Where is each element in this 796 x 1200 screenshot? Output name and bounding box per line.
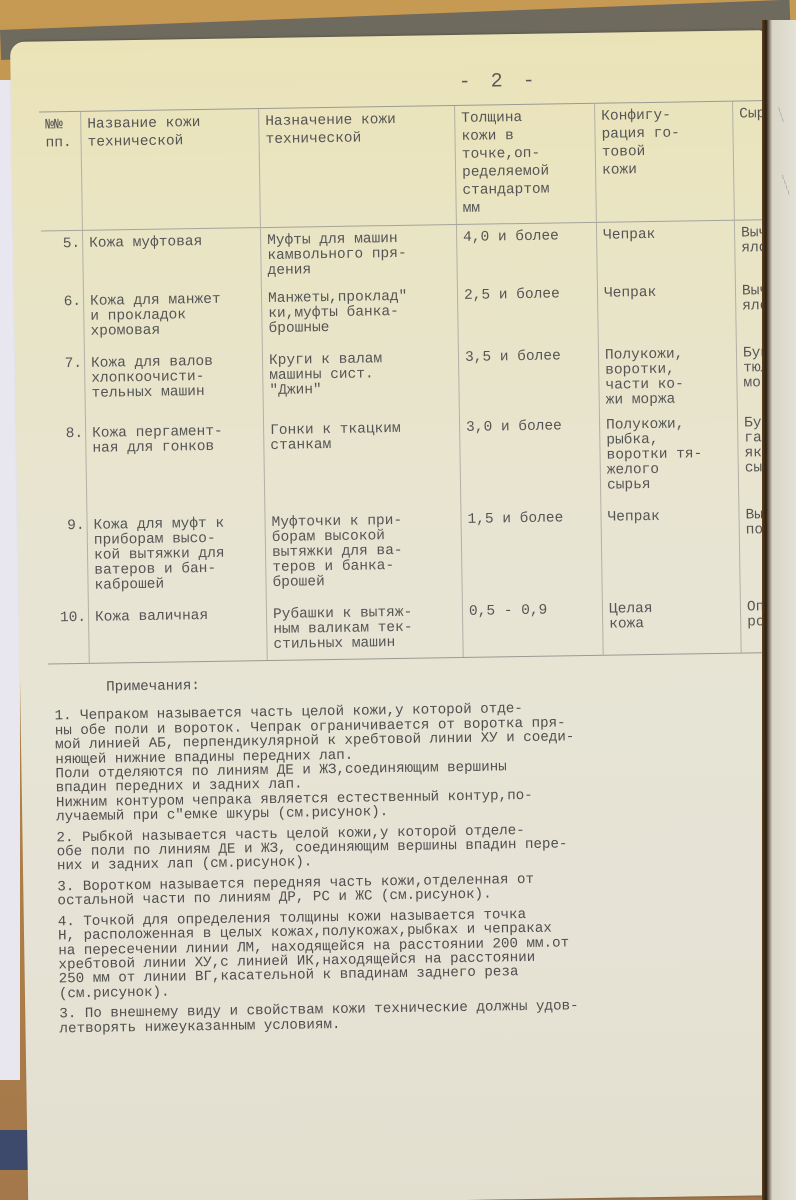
cell-no: 5.	[41, 231, 84, 290]
header-purpose: Назначение кожи технической	[259, 106, 457, 227]
table-body: 5.Кожа муфтоваяМуфты для машин камвольно…	[41, 220, 783, 664]
cell-configuration: Чепрак	[598, 279, 737, 343]
cell-thickness: 4,0 и более	[457, 223, 598, 283]
note-paragraph: 4. Точкой для определения толщины кожи н…	[58, 904, 779, 1002]
cell-thickness: 3,0 и более	[460, 413, 601, 507]
cell-no: 9.	[45, 513, 88, 606]
cell-configuration: Целая кожа	[603, 595, 742, 655]
cell-name: Кожа пергамент- ная для гонков	[86, 418, 265, 513]
cell-purpose: Манжеты,проклад" ки,муфты банка- брошные	[262, 283, 459, 348]
document-page: - 2 - №№ пп. Название кожи технической Н…	[10, 30, 783, 1200]
facing-page-text: ~~~~	[776, 173, 793, 197]
cell-thickness: 1,5 и более	[461, 505, 602, 599]
cell-thickness: 0,5 - 0,9	[463, 597, 604, 657]
notes-list: 1. Чепраком называется часть целой кожи,…	[54, 698, 779, 1036]
cell-no: 6.	[42, 289, 85, 352]
table-row: 10.Кожа валичнаяРубашки к вытяж- ным вал…	[47, 594, 783, 665]
cell-configuration: Полукожи, рыбка, воротки тя- желого сырь…	[600, 411, 739, 505]
note-paragraph: 2. Рыбкой называется часть целой кожи,у …	[56, 820, 777, 875]
table-row: 7.Кожа для валов хлопкоочисти- тельных м…	[43, 340, 779, 422]
note-item: 3. Воротком называется передняя часть ко…	[57, 869, 777, 909]
header-thickness: Толщина кожи в точке,оп- ределяемой стан…	[455, 104, 597, 224]
table-row: 6.Кожа для манжет и прокладок хромоваяМа…	[42, 278, 778, 352]
cell-thickness: 3,5 и более	[459, 343, 600, 415]
table-row: 9.Кожа для муфт к приборам высо- кой выт…	[45, 502, 781, 606]
cell-purpose: Муфточки к при- борам высокой вытяжки дл…	[265, 507, 462, 602]
cell-purpose: Муфты для машин камвольного пря- дения	[261, 225, 458, 286]
cell-name: Кожа для валов хлопкоочисти- тельных маш…	[85, 348, 264, 421]
notes-title: Примечания:	[106, 670, 774, 695]
header-name: Название кожи технической	[81, 109, 261, 230]
note-item: 3. По внешнему виду и свойствам кожи тех…	[59, 996, 779, 1036]
header-number: №№ пп.	[39, 112, 83, 231]
page-number: - 2 -	[459, 70, 539, 94]
note-item: 4. Точкой для определения толщины кожи н…	[58, 904, 779, 1002]
cell-configuration: Чепрак	[597, 221, 736, 281]
cell-name: Кожа муфтовая	[83, 228, 262, 289]
notes-section: Примечания: 1. Чепраком называется часть…	[54, 670, 780, 1042]
note-paragraph: 3. По внешнему виду и свойствам кожи тех…	[59, 996, 779, 1036]
cell-no: 8.	[44, 421, 87, 514]
cell-thickness: 2,5 и более	[458, 281, 599, 345]
leather-specification-table: №№ пп. Название кожи технической Назначе…	[39, 100, 783, 664]
cell-no: 10.	[47, 605, 90, 664]
cell-name: Кожа валичная	[89, 602, 268, 663]
cell-name: Кожа для манжет и прокладок хромовая	[84, 286, 263, 351]
cell-no: 7.	[43, 351, 86, 422]
table-row: 8.Кожа пергамент- ная для гонковГонки к …	[44, 410, 780, 514]
note-paragraph: 3. Воротком называется передняя часть ко…	[57, 869, 777, 909]
cell-configuration: Чепрак	[601, 503, 740, 597]
cell-purpose: Круги к валам машины сист. "Джин"	[263, 345, 460, 418]
header-configuration: Конфигу- рация го- товой кожи	[595, 102, 735, 222]
facing-page-text: ~~~	[773, 106, 788, 125]
note-item: 2. Рыбкой называется часть целой кожи,у …	[56, 820, 777, 875]
table-header-row: №№ пп. Название кожи технической Назначе…	[39, 101, 776, 232]
note-item: 1. Чепраком называется часть целой кожи,…	[54, 698, 776, 825]
cell-purpose: Гонки к ткацким станкам	[264, 415, 461, 510]
cell-name: Кожа для муфт к приборам высо- кой вытяж…	[87, 510, 266, 605]
cell-purpose: Рубашки к вытяж- ным валикам тек- стильн…	[267, 599, 464, 660]
cell-configuration: Полукожи, воротки, части ко- жи моржа	[599, 341, 738, 413]
binding-spine: ~~~ ~~~~	[762, 20, 796, 1200]
